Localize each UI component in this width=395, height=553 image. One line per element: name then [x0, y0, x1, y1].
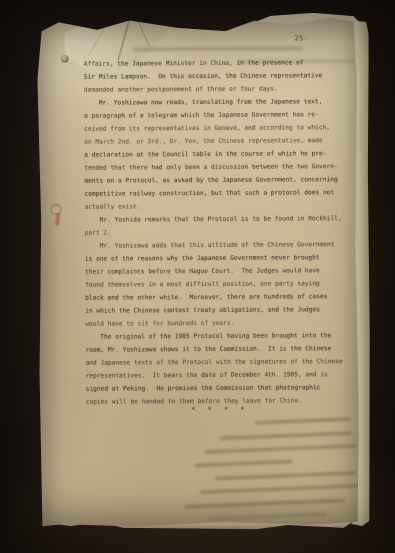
- show-through-line: [184, 498, 344, 509]
- text-line: representatives. It bears the date of De…: [86, 368, 354, 383]
- punch-hole: [61, 55, 69, 63]
- page-number: 25-: [295, 34, 309, 42]
- show-through-line: [215, 471, 355, 481]
- text-line: would have to sit for hundreds of years.: [85, 316, 353, 331]
- ink-smudge: [133, 46, 303, 51]
- show-through-line: [200, 484, 364, 495]
- text-line: found themselves in a most difficult pos…: [85, 277, 353, 292]
- text-line: on March 2nd. or 3rd., Dr. Yen, the Chin…: [84, 134, 352, 149]
- show-through-line: [195, 459, 293, 467]
- photo-scene: 25- Affairs, the Japanese Minister in Ch…: [0, 0, 395, 553]
- text-line: Mr. Yoshizawa adds that this attitude of…: [85, 238, 353, 253]
- show-through-line: [255, 417, 351, 425]
- text-line: demanded another postponement of three o…: [84, 82, 352, 97]
- show-through-line: [207, 512, 327, 521]
- text-line: Affairs, the Japanese Minister in China,…: [84, 56, 352, 71]
- red-pencil-mark: [55, 213, 60, 226]
- typewritten-text: Affairs, the Japanese Minister in China,…: [84, 56, 354, 409]
- show-through-line: [220, 431, 352, 440]
- show-through-text: [157, 410, 372, 537]
- show-through-line: [204, 444, 356, 454]
- text-line: tended that there had only been a discus…: [84, 160, 352, 175]
- document-page: 25- Affairs, the Japanese Minister in Ch…: [36, 16, 359, 528]
